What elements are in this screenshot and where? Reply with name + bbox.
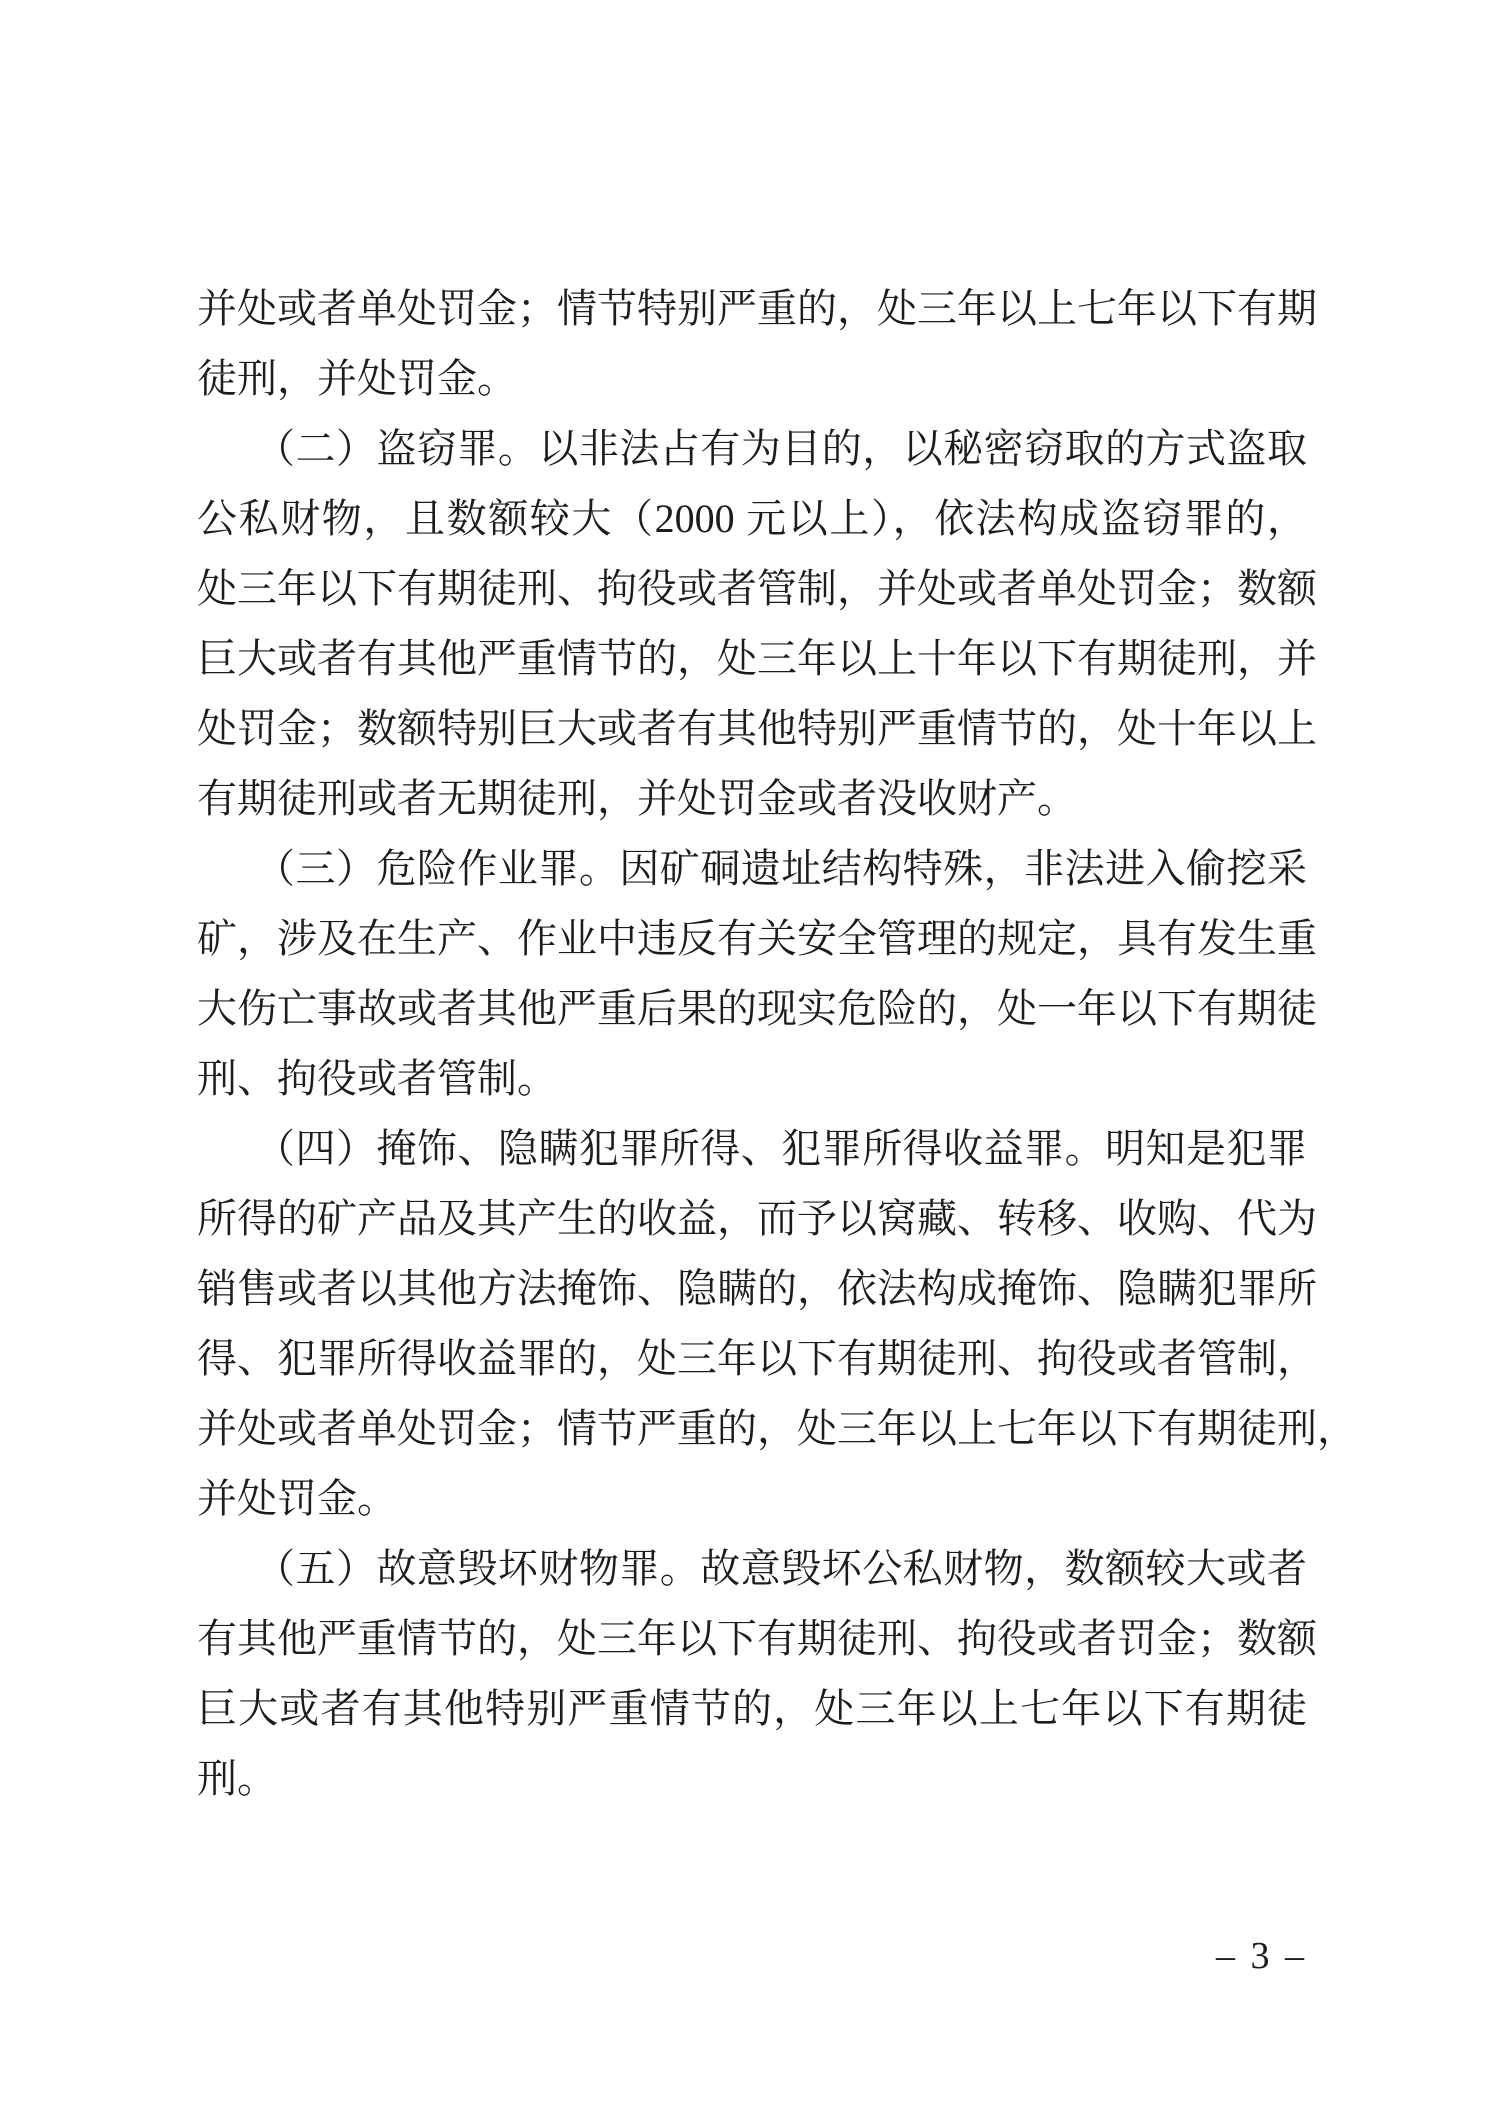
text-line: 公私财物，且数额较大（2000 元以上），依法构成盗窃罪的， xyxy=(197,484,1307,554)
page-number: – 3 – xyxy=(1216,1935,1307,1977)
document-body: 并处或者单处罚金；情节特别严重的，处三年以上七年以下有期徒刑，并处罚金。（二）盗… xyxy=(197,274,1307,1814)
paragraph-item-3-dangerous-operations-crime: （三）危险作业罪。因矿硐遗址结构特殊，非法进入偷挖采矿，涉及在生产、作业中违反有… xyxy=(197,834,1307,1114)
page-footer: – 3 – xyxy=(197,1934,1307,1978)
text-line: 大伤亡事故或者其他严重后果的现实危险的，处一年以下有期徒 xyxy=(197,974,1307,1044)
text-line: 巨大或者有其他特别严重情节的，处三年以上七年以下有期徒 xyxy=(197,1674,1307,1744)
text-line: 并处罚金。 xyxy=(197,1464,1307,1534)
text-line: 刑、拘役或者管制。 xyxy=(197,1044,1307,1114)
text-line: 所得的矿产品及其产生的收益，而予以窝藏、转移、收购、代为 xyxy=(197,1184,1307,1254)
paragraph-item-1-continuation: 并处或者单处罚金；情节特别严重的，处三年以上七年以下有期徒刑，并处罚金。 xyxy=(197,274,1307,414)
text-line: 徒刑，并处罚金。 xyxy=(197,344,1307,414)
text-line: 销售或者以其他方法掩饰、隐瞒的，依法构成掩饰、隐瞒犯罪所 xyxy=(197,1254,1307,1324)
text-line: 有其他严重情节的，处三年以下有期徒刑、拘役或者罚金；数额 xyxy=(197,1604,1307,1674)
document-page: 并处或者单处罚金；情节特别严重的，处三年以上七年以下有期徒刑，并处罚金。（二）盗… xyxy=(0,0,1487,2105)
paragraph-item-5-intentional-destruction-of-property-crime: （五）故意毁坏财物罪。故意毁坏公私财物，数额较大或者有其他严重情节的，处三年以下… xyxy=(197,1534,1307,1814)
text-line: 处三年以下有期徒刑、拘役或者管制，并处或者单处罚金；数额 xyxy=(197,554,1307,624)
text-line: 处罚金；数额特别巨大或者有其他特别严重情节的，处十年以上 xyxy=(197,694,1307,764)
paragraph-item-2-theft-crime: （二）盗窃罪。以非法占有为目的，以秘密窃取的方式盗取公私财物，且数额较大（200… xyxy=(197,414,1307,834)
text-line: 刑。 xyxy=(197,1744,1307,1814)
text-line: 并处或者单处罚金；情节严重的，处三年以上七年以下有期徒刑， xyxy=(197,1394,1307,1464)
text-line: 巨大或者有其他严重情节的，处三年以上十年以下有期徒刑，并 xyxy=(197,624,1307,694)
text-line: 有期徒刑或者无期徒刑，并处罚金或者没收财产。 xyxy=(197,764,1307,834)
text-line: 矿，涉及在生产、作业中违反有关安全管理的规定，具有发生重 xyxy=(197,904,1307,974)
paragraph-item-4-concealment-of-criminal-proceeds-crime: （四）掩饰、隐瞒犯罪所得、犯罪所得收益罪。明知是犯罪所得的矿产品及其产生的收益，… xyxy=(197,1114,1307,1534)
text-line: （二）盗窃罪。以非法占有为目的，以秘密窃取的方式盗取 xyxy=(197,414,1307,484)
text-line: （五）故意毁坏财物罪。故意毁坏公私财物，数额较大或者 xyxy=(197,1534,1307,1604)
text-line: （三）危险作业罪。因矿硐遗址结构特殊，非法进入偷挖采 xyxy=(197,834,1307,904)
text-line: 并处或者单处罚金；情节特别严重的，处三年以上七年以下有期 xyxy=(197,274,1307,344)
text-line: （四）掩饰、隐瞒犯罪所得、犯罪所得收益罪。明知是犯罪 xyxy=(197,1114,1307,1184)
text-line: 得、犯罪所得收益罪的，处三年以下有期徒刑、拘役或者管制， xyxy=(197,1324,1307,1394)
